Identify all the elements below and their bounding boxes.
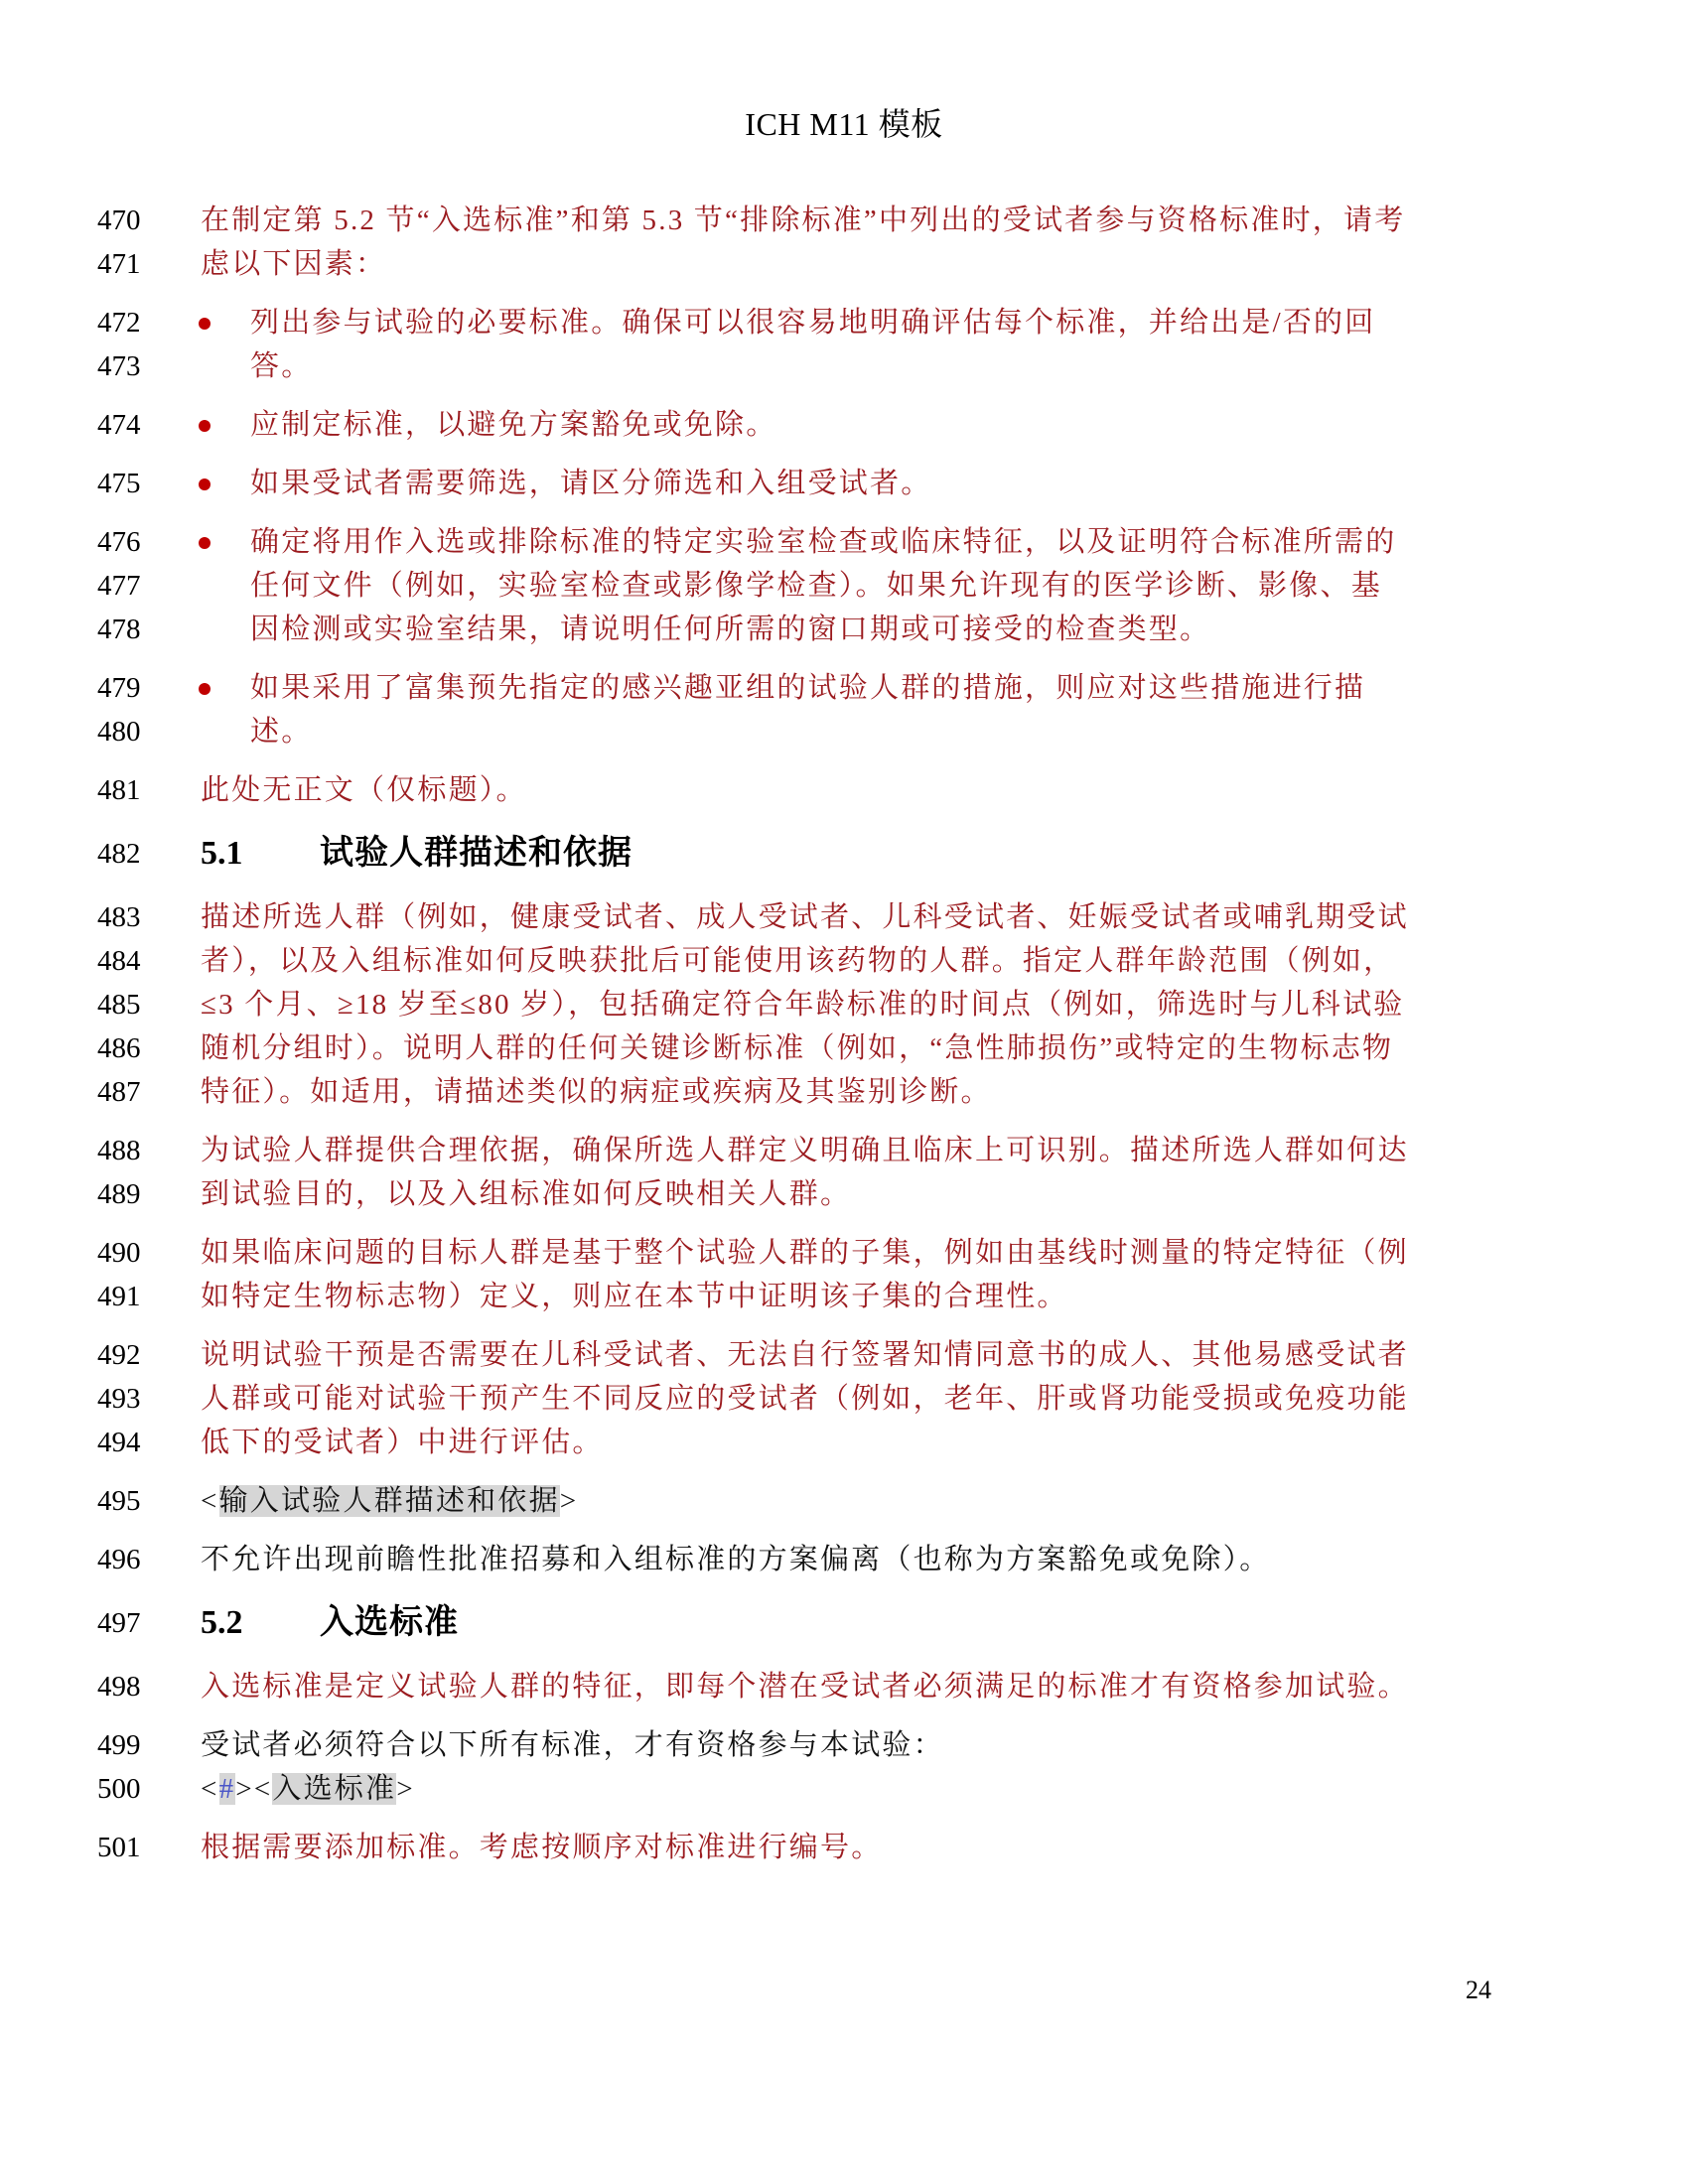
line-number: 500 <box>97 1767 157 1811</box>
line-470: 470在制定第 5.2 节“入选标准”和第 5.3 节“排除标准”中列出的受试者… <box>0 199 1688 242</box>
instruction-text: 如果受试者需要筛选，请区分筛选和入组受试者。 <box>250 462 931 505</box>
section-heading: 试验人群描述和依据 <box>320 832 633 876</box>
line-number: 475 <box>97 462 157 505</box>
section-number: 5.1 <box>201 832 243 876</box>
line-number: 479 <box>97 666 157 710</box>
angle-open: < <box>201 1485 219 1517</box>
line-476: 476确定将用作入选或排除标准的特定实验室检查或临床特征，以及证明符合标准所需的 <box>0 520 1688 564</box>
instruction-text: 确定将用作入选或排除标准的特定实验室检查或临床特征，以及证明符合标准所需的 <box>250 520 1396 564</box>
line-number: 489 <box>97 1172 157 1216</box>
line-493: 493人群或可能对试验干预产生不同反应的受试者（例如，老年、肝或肾功能受损或免疫… <box>0 1377 1688 1421</box>
line-499: 499 受试者必须符合以下所有标准，才有资格参与本试验： <box>0 1723 1688 1767</box>
body-text: 不允许出现前瞻性批准招募和入组标准的方案偏离（也称为方案豁免或免除）。 <box>201 1538 1271 1581</box>
line-number: 485 <box>97 983 157 1026</box>
line-number: 495 <box>97 1479 157 1523</box>
number-placeholder[interactable]: # <box>219 1773 236 1805</box>
instruction-text: 说明试验干预是否需要在儿科受试者、无法自行签署知情同意书的成人、其他易感受试者 <box>201 1333 1409 1377</box>
bullet-icon <box>199 537 211 549</box>
instruction-text: 根据需要添加标准。考虑按顺序对标准进行编号。 <box>201 1826 882 1869</box>
line-474: 474应制定标准，以避免方案豁免或免除。 <box>0 403 1688 447</box>
line-471: 471虑以下因素： <box>0 242 1688 286</box>
page-number: 24 <box>1466 1976 1491 2005</box>
line-473: 473答。 <box>0 344 1688 388</box>
line-479: 479如果采用了富集预先指定的感兴趣亚组的试验人群的措施，则应对这些措施进行描 <box>0 666 1688 710</box>
placeholder-field[interactable]: <输入试验人群描述和依据> <box>201 1479 578 1523</box>
instruction-text: 为试验人群提供合理依据，确保所选人群定义明确且临床上可识别。描述所选人群如何达 <box>201 1129 1409 1172</box>
line-number: 481 <box>97 768 157 812</box>
line-number: 474 <box>97 403 157 447</box>
line-498: 498 入选标准是定义试验人群的特征，即每个潜在受试者必须满足的标准才有资格参加… <box>0 1665 1688 1708</box>
line-486: 486随机分组时）。说明人群的任何关键诊断标准（例如，“急性肺损伤”或特定的生物… <box>0 1026 1688 1070</box>
line-number: 497 <box>97 1601 157 1645</box>
line-number: 471 <box>97 242 157 286</box>
placeholder-text[interactable]: 输入试验人群描述和依据 <box>219 1485 560 1517</box>
line-500: 500 <#><入选标准> <box>0 1767 1688 1811</box>
line-480: 480述。 <box>0 710 1688 753</box>
instruction-text: 到试验目的，以及入组标准如何反映相关人群。 <box>201 1172 851 1216</box>
instruction-text: 特征）。如适用，请描述类似的病症或疾病及其鉴别诊断。 <box>201 1070 992 1114</box>
bullet-icon <box>199 318 211 330</box>
instruction-text: 人群或可能对试验干预产生不同反应的受试者（例如，老年、肝或肾功能受损或免疫功能 <box>201 1377 1409 1421</box>
line-number: 470 <box>97 199 157 242</box>
line-number: 478 <box>97 608 157 651</box>
instruction-text: 低下的受试者）中进行评估。 <box>201 1421 604 1464</box>
angle-open: < <box>201 1773 219 1805</box>
line-496: 496 不允许出现前瞻性批准招募和入组标准的方案偏离（也称为方案豁免或免除）。 <box>0 1538 1688 1581</box>
criteria-placeholder[interactable]: 入选标准 <box>272 1773 396 1805</box>
line-number: 491 <box>97 1275 157 1318</box>
line-492: 492说明试验干预是否需要在儿科受试者、无法自行签署知情同意书的成人、其他易感受… <box>0 1333 1688 1377</box>
instruction-text: 答。 <box>250 344 312 388</box>
instruction-text: ≤3 个月、≥18 岁至≤80 岁），包括确定符合年龄标准的时间点（例如，筛选时… <box>201 983 1405 1026</box>
line-494: 494低下的受试者）中进行评估。 <box>0 1421 1688 1464</box>
line-483: 483描述所选人群（例如，健康受试者、成人受试者、儿科受试者、妊娠受试者或哺乳期… <box>0 895 1688 939</box>
line-491: 491如特定生物标志物）定义，则应在本节中证明该子集的合理性。 <box>0 1275 1688 1318</box>
instruction-text: 入选标准是定义试验人群的特征，即每个潜在受试者必须满足的标准才有资格参加试验。 <box>201 1665 1409 1708</box>
line-number: 488 <box>97 1129 157 1172</box>
angle-close: > <box>396 1773 415 1805</box>
line-number: 490 <box>97 1231 157 1275</box>
section-heading: 入选标准 <box>320 1601 459 1645</box>
angle-open: < <box>254 1773 273 1805</box>
line-number: 477 <box>97 564 157 608</box>
line-497: 497 5.2 入选标准 <box>0 1601 1688 1645</box>
instruction-text: 列出参与试验的必要标准。确保可以很容易地明确评估每个标准，并给出是/否的回 <box>250 301 1375 344</box>
angle-close: > <box>235 1773 254 1805</box>
instruction-text: 如果临床问题的目标人群是基于整个试验人群的子集，例如由基线时测量的特定特征（例 <box>201 1231 1409 1275</box>
line-number: 493 <box>97 1377 157 1421</box>
line-number: 487 <box>97 1070 157 1114</box>
instruction-text: 如果采用了富集预先指定的感兴趣亚组的试验人群的措施，则应对这些措施进行描 <box>250 666 1365 710</box>
line-number: 482 <box>97 832 157 876</box>
body-text: 受试者必须符合以下所有标准，才有资格参与本试验： <box>201 1723 944 1767</box>
instruction-text: 虑以下因素： <box>201 242 386 286</box>
instruction-text: 随机分组时）。说明人群的任何关键诊断标准（例如，“急性肺损伤”或特定的生物标志物 <box>201 1026 1393 1070</box>
line-490: 490如果临床问题的目标人群是基于整个试验人群的子集，例如由基线时测量的特定特征… <box>0 1231 1688 1275</box>
line-number: 484 <box>97 939 157 983</box>
instruction-text: 者），以及入组标准如何反映获批后可能使用该药物的人群。指定人群年龄范围（例如， <box>201 939 1394 983</box>
instruction-text: 在制定第 5.2 节“入选标准”和第 5.3 节“排除标准”中列出的受试者参与资… <box>201 199 1405 242</box>
line-484: 484者），以及入组标准如何反映获批后可能使用该药物的人群。指定人群年龄范围（例… <box>0 939 1688 983</box>
bullet-icon <box>199 478 211 490</box>
bullet-icon <box>199 420 211 432</box>
angle-close: > <box>560 1485 579 1517</box>
bullet-icon <box>199 683 211 695</box>
instruction-text: 任何文件（例如，实验室检查或影像学检查）。如果允许现有的医学诊断、影像、基 <box>250 564 1382 608</box>
line-number: 494 <box>97 1421 157 1464</box>
line-481: 481此处无正文（仅标题）。 <box>0 768 1688 812</box>
line-number: 492 <box>97 1333 157 1377</box>
line-number: 473 <box>97 344 157 388</box>
section-number: 5.2 <box>201 1601 243 1645</box>
line-487: 487特征）。如适用，请描述类似的病症或疾病及其鉴别诊断。 <box>0 1070 1688 1114</box>
placeholder-group: <#><入选标准> <box>201 1767 415 1811</box>
line-485: 485≤3 个月、≥18 岁至≤80 岁），包括确定符合年龄标准的时间点（例如，… <box>0 983 1688 1026</box>
line-501: 501 根据需要添加标准。考虑按顺序对标准进行编号。 <box>0 1826 1688 1869</box>
instruction-text: 描述所选人群（例如，健康受试者、成人受试者、儿科受试者、妊娠受试者或哺乳期受试 <box>201 895 1409 939</box>
line-489: 489到试验目的，以及入组标准如何反映相关人群。 <box>0 1172 1688 1216</box>
page-header-title: ICH M11 模板 <box>0 99 1688 145</box>
line-number: 498 <box>97 1665 157 1708</box>
instruction-text: 述。 <box>250 710 312 753</box>
line-number: 472 <box>97 301 157 344</box>
instruction-text: 因检测或实验室结果，请说明任何所需的窗口期或可接受的检查类型。 <box>250 608 1210 651</box>
line-478: 478因检测或实验室结果，请说明任何所需的窗口期或可接受的检查类型。 <box>0 608 1688 651</box>
line-477: 477任何文件（例如，实验室检查或影像学检查）。如果允许现有的医学诊断、影像、基 <box>0 564 1688 608</box>
line-number: 501 <box>97 1826 157 1869</box>
line-488: 488为试验人群提供合理依据，确保所选人群定义明确且临床上可识别。描述所选人群如… <box>0 1129 1688 1172</box>
line-number: 496 <box>97 1538 157 1581</box>
line-495: 495 <输入试验人群描述和依据> <box>0 1479 1688 1523</box>
instruction-text: 此处无正文（仅标题）。 <box>201 768 527 812</box>
instruction-text: 如特定生物标志物）定义，则应在本节中证明该子集的合理性。 <box>201 1275 1068 1318</box>
line-472: 472列出参与试验的必要标准。确保可以很容易地明确评估每个标准，并给出是/否的回 <box>0 301 1688 344</box>
instruction-text: 应制定标准，以避免方案豁免或免除。 <box>250 403 776 447</box>
line-number: 480 <box>97 710 157 753</box>
line-482: 4825.1试验人群描述和依据 <box>0 832 1688 876</box>
line-number: 483 <box>97 895 157 939</box>
line-475: 475如果受试者需要筛选，请区分筛选和入组受试者。 <box>0 462 1688 505</box>
line-number: 486 <box>97 1026 157 1070</box>
line-number: 499 <box>97 1723 157 1767</box>
line-number: 476 <box>97 520 157 564</box>
